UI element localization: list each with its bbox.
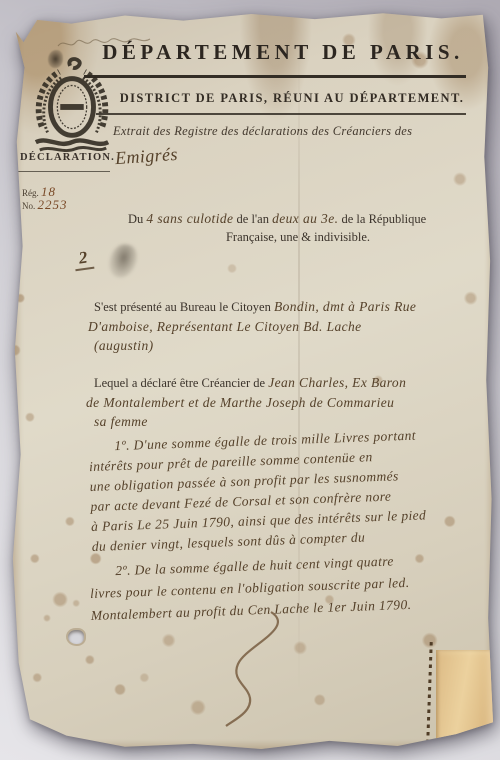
handwritten-date: 4 sans culotide bbox=[146, 211, 233, 226]
declaration-label: DÉCLARATION. bbox=[20, 152, 115, 163]
presentation-printed-lead: S'est présenté au Bureau le Citoyen bbox=[94, 300, 271, 314]
repair-tape bbox=[436, 650, 495, 750]
pen-flourish bbox=[176, 606, 326, 731]
number-line: No. 2253 bbox=[22, 197, 68, 213]
district-subtitle: DISTRICT DE PARIS, RÉUNI AU DÉPARTEMENT. bbox=[116, 91, 468, 106]
republic-line2: Française, une & indivisible. bbox=[158, 230, 438, 245]
handwritten-year: deux au 3e. bbox=[272, 211, 338, 226]
creditor-hand-inline: Jean Charles, Ex Baron bbox=[268, 375, 406, 390]
subtitle-rule bbox=[96, 113, 466, 115]
date-line: Du 4 sans culotide de l'an deux au 3e. d… bbox=[128, 211, 488, 227]
declaration-rule bbox=[14, 171, 110, 172]
bottom-edge-stain bbox=[8, 740, 495, 752]
presentation-hand-line: D'amboise, Représentant Le Citoyen Bd. L… bbox=[88, 317, 494, 336]
presentation-paragraph: S'est présenté au Bureau le Citoyen Bond… bbox=[94, 297, 494, 355]
creditor-hand-line: de Montalembert et de Marthe Joseph de C… bbox=[86, 393, 498, 412]
number-label: No. bbox=[22, 201, 35, 211]
printed-du: Du bbox=[128, 212, 143, 226]
creditor-line: Lequel a déclaré être Créancier de Jean … bbox=[94, 373, 498, 393]
printed-republique: de la République bbox=[342, 212, 427, 226]
printed-de-lan: de l'an bbox=[237, 212, 269, 226]
ink-smudge bbox=[106, 241, 139, 280]
left-edge-stain bbox=[8, 8, 23, 752]
extract-printed-line: Extrait des Registre des déclarations de… bbox=[113, 124, 469, 139]
presentation-hand-inline: Bondin, dmt à Paris Rue bbox=[274, 299, 416, 314]
creditor-paragraph: Lequel a déclaré être Créancier de Jean … bbox=[94, 373, 498, 431]
document-paper-wrap: DÉPARTEMENT DE PARIS. DISTRICT DE PA bbox=[8, 8, 495, 752]
photo-background: DÉPARTEMENT DE PARIS. DISTRICT DE PA bbox=[0, 0, 500, 760]
presentation-hand-line: (augustin) bbox=[94, 336, 494, 355]
stitch-perforation bbox=[426, 642, 432, 742]
district-seal-emblem bbox=[28, 56, 116, 156]
document-title: DÉPARTEMENT DE PARIS. bbox=[94, 40, 472, 65]
header-rule bbox=[84, 75, 466, 78]
document-paper: DÉPARTEMENT DE PARIS. DISTRICT DE PA bbox=[8, 8, 495, 752]
right-edge-stain bbox=[485, 8, 495, 752]
paper-hole bbox=[68, 630, 84, 644]
clause-1-handwritten: 1º. D'une somme égalle de trois mille Li… bbox=[88, 423, 496, 557]
creditor-printed-lead: Lequel a déclaré être Créancier de bbox=[94, 376, 265, 390]
handwritten-emigres: Emigrés bbox=[114, 144, 178, 169]
number-value: 2253 bbox=[38, 197, 68, 212]
presentation-line: S'est présenté au Bureau le Citoyen Bond… bbox=[94, 297, 494, 317]
handwritten-page-mark: 2 bbox=[73, 247, 95, 271]
